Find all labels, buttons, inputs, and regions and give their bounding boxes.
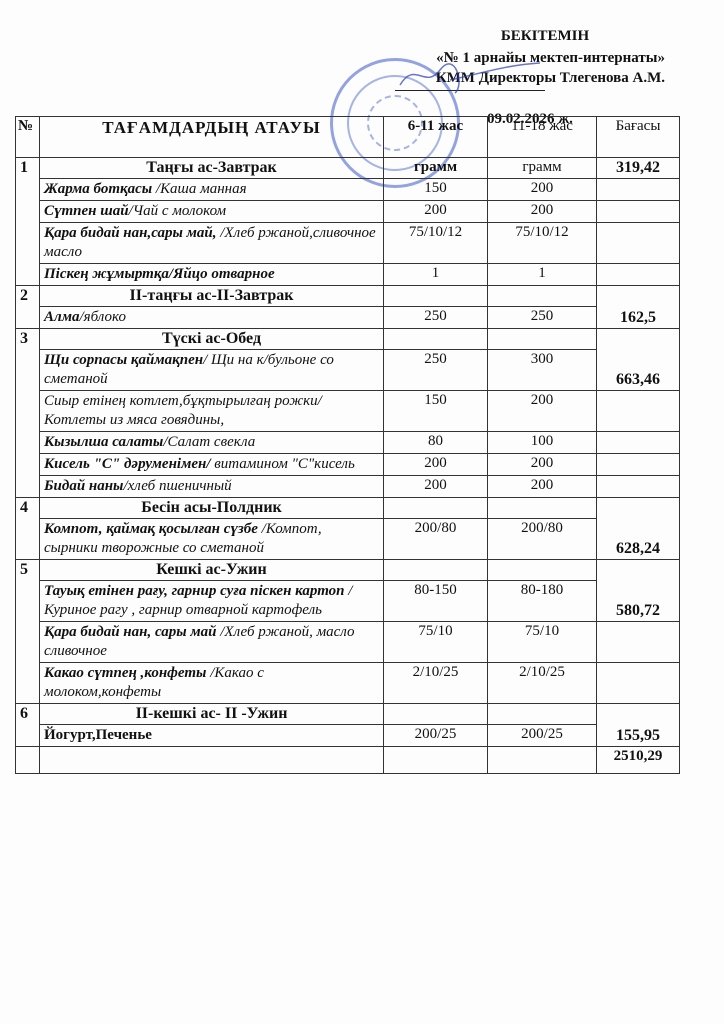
menu-table: № ТАҒАМДАРДЫҢ АТАУЫ 6-11 жас 11-18 жас Б…: [15, 116, 680, 774]
menu-item-row: Қара бидай нан,сары май, /Хлеб ржаной,сл…: [16, 223, 680, 264]
empty-cell: [488, 704, 597, 725]
empty-cell: [597, 663, 680, 704]
portion-6-11: 200/25: [384, 725, 488, 747]
section-title: Кешкі ас-Ужин: [40, 560, 384, 581]
portion-6-11: 200: [384, 201, 488, 223]
dish-name: Компот, қаймақ қосылған сүзбе /Компот, с…: [40, 519, 384, 560]
empty-cell: [597, 201, 680, 223]
empty-cell: [40, 747, 384, 774]
header-name: ТАҒАМДАРДЫҢ АТАУЫ: [40, 117, 384, 158]
portion-6-11: 75/10/12: [384, 223, 488, 264]
dish-name-kz: Щи сорпасы қаймақпен: [44, 352, 203, 368]
portion-6-11: 250: [384, 350, 488, 391]
empty-cell: [597, 622, 680, 663]
dish-name-kz: Кисель "С" дәруменімен/: [44, 456, 211, 472]
dish-name: Қара бидай нан, сары май /Хлеб ржаной, м…: [40, 622, 384, 663]
empty-cell: [384, 747, 488, 774]
portion-6-11: 200: [384, 454, 488, 476]
header-price: Бағасы: [597, 117, 680, 158]
dish-name: Какао сүтпең ,конфеты /Какао с молоком,к…: [40, 663, 384, 704]
portion-11-18: 300: [488, 350, 597, 391]
section-title: Түскі ас-Обед: [40, 329, 384, 350]
section-row: 5Кешкі ас-Ужин580,72: [16, 560, 680, 581]
menu-item-row: Қара бидай нан, сары май /Хлеб ржаной, м…: [16, 622, 680, 663]
menu-item-row: Тауық етінен рағу, гарнир суға піскен ка…: [16, 581, 680, 622]
menu-item-row: Кисель "С" дәруменімен/ витамином "С"кис…: [16, 454, 680, 476]
section-price: 580,72: [597, 560, 680, 622]
dish-name-kz: Піскең жұмыртқа/Яйцо отварное: [44, 266, 275, 282]
section-title: Бесін асы-Полдник: [40, 498, 384, 519]
empty-cell: [384, 286, 488, 307]
portion-6-11: 150: [384, 179, 488, 201]
dish-name-ru: /хлеб пшеничный: [123, 478, 231, 494]
section-price: 162,5: [597, 286, 680, 329]
header-row: № ТАҒАМДАРДЫҢ АТАУЫ 6-11 жас 11-18 жас Б…: [16, 117, 680, 158]
total-row: 2510,29: [16, 747, 680, 774]
dish-name-kz: Қара бидай нан, сары май: [44, 624, 217, 640]
section-price: 155,95: [597, 704, 680, 747]
portion-11-18: 1: [488, 264, 597, 286]
empty-cell: [488, 498, 597, 519]
dish-name-kz: Йогурт,Печенье: [44, 727, 152, 743]
approval-institution: «№ 1 арнайы мектеп-интернаты»: [330, 48, 720, 68]
portion-6-11: 200: [384, 476, 488, 498]
dish-name-kz: Какао сүтпең ,конфеты: [44, 665, 206, 681]
dish-name-kz: Бидай наны: [44, 478, 123, 494]
menu-item-row: Сүтпен шай/Чай с молоком200200: [16, 201, 680, 223]
empty-cell: [597, 432, 680, 454]
section-row: 1Таңғы ас-Завтракграммграмм319,42: [16, 158, 680, 179]
section-row: 6ІІ-кешкі ас- ІІ -Ужин155,95: [16, 704, 680, 725]
dish-name-ru: /яблоко: [79, 309, 125, 325]
empty-cell: [384, 329, 488, 350]
dish-name-ru: /Салат свекла: [163, 434, 255, 450]
menu-item-row: Щи сорпасы қаймақпен/ Щи на к/бульоне со…: [16, 350, 680, 391]
dish-name-kz: Алма: [44, 309, 79, 325]
section-number: 5: [16, 560, 40, 704]
portion-11-18: 200/25: [488, 725, 597, 747]
dish-name: Кисель "С" дәруменімен/ витамином "С"кис…: [40, 454, 384, 476]
header-age-6-11: 6-11 жас: [384, 117, 488, 158]
section-price: 319,42: [597, 158, 680, 179]
section-number: 1: [16, 158, 40, 286]
portion-6-11: 150: [384, 391, 488, 432]
menu-item-row: Компот, қаймақ қосылған сүзбе /Компот, с…: [16, 519, 680, 560]
section-title: Таңғы ас-Завтрак: [40, 158, 384, 179]
portion-6-11: 200/80: [384, 519, 488, 560]
section-row: 3Түскі ас-Обед663,46: [16, 329, 680, 350]
portion-11-18: 75/10/12: [488, 223, 597, 264]
section-number: 2: [16, 286, 40, 329]
portion-6-11: 80-150: [384, 581, 488, 622]
empty-cell: [597, 454, 680, 476]
dish-name: Бидай наны/хлеб пшеничный: [40, 476, 384, 498]
empty-cell: [488, 329, 597, 350]
signature-line: [395, 90, 545, 91]
dish-name-kz: Компот, қаймақ қосылған сүзбе: [44, 521, 258, 537]
portion-6-11: 80: [384, 432, 488, 454]
portion-6-11: 75/10: [384, 622, 488, 663]
menu-item-row: Какао сүтпең ,конфеты /Какао с молоком,к…: [16, 663, 680, 704]
dish-name: Піскең жұмыртқа/Яйцо отварное: [40, 264, 384, 286]
menu-item-row: Сиыр етінең котлет,бұқтырылғаң рожки/Кот…: [16, 391, 680, 432]
empty-cell: [597, 223, 680, 264]
portion-11-18: 200: [488, 391, 597, 432]
unit-age-6-11: грамм: [384, 158, 488, 179]
unit-age-11-18: грамм: [488, 158, 597, 179]
menu-item-row: Бидай наны/хлеб пшеничный200200: [16, 476, 680, 498]
section-title: ІІ-таңғы ас-ІІ-Завтрак: [40, 286, 384, 307]
dish-name-kz: Тауық етінен рағу, гарнир суға піскен ка…: [44, 583, 345, 599]
empty-cell: [597, 264, 680, 286]
section-price: 663,46: [597, 329, 680, 391]
dish-name: Сиыр етінең котлет,бұқтырылғаң рожки/Кот…: [40, 391, 384, 432]
dish-name-kz: Сүтпен шай: [44, 203, 129, 219]
empty-cell: [488, 286, 597, 307]
portion-6-11: 250: [384, 307, 488, 329]
header-age-11-18: 11-18 жас: [488, 117, 597, 158]
dish-name: Сүтпен шай/Чай с молоком: [40, 201, 384, 223]
portion-11-18: 100: [488, 432, 597, 454]
dish-name-ru: Сиыр етінең котлет,бұқтырылғаң рожки/Кот…: [44, 393, 322, 428]
portion-11-18: 200: [488, 476, 597, 498]
empty-cell: [384, 498, 488, 519]
header-num: №: [16, 117, 40, 158]
approval-director: КММ Директоры Тлегенова А.М.: [330, 68, 720, 88]
dish-name: Қара бидай нан,сары май, /Хлеб ржаной,сл…: [40, 223, 384, 264]
portion-11-18: 75/10: [488, 622, 597, 663]
portion-6-11: 1: [384, 264, 488, 286]
menu-item-row: Жарма ботқасы /Каша манная150200: [16, 179, 680, 201]
empty-cell: [384, 560, 488, 581]
section-number: 3: [16, 329, 40, 498]
dish-name: Кызылша салаты/Салат свекла: [40, 432, 384, 454]
empty-cell: [16, 747, 40, 774]
section-row: 2ІІ-таңғы ас-ІІ-Завтрак162,5: [16, 286, 680, 307]
empty-cell: [488, 560, 597, 581]
empty-cell: [488, 747, 597, 774]
dish-name-kz: Кызылша салаты: [44, 434, 163, 450]
dish-name-ru: /Чай с молоком: [129, 203, 227, 219]
dish-name: Тауық етінен рағу, гарнир суға піскен ка…: [40, 581, 384, 622]
portion-11-18: 200: [488, 179, 597, 201]
dish-name: Йогурт,Печенье: [40, 725, 384, 747]
portion-11-18: 200: [488, 454, 597, 476]
dish-name: Жарма ботқасы /Каша манная: [40, 179, 384, 201]
dish-name-ru: /Каша манная: [152, 181, 246, 197]
portion-11-18: 250: [488, 307, 597, 329]
portion-6-11: 2/10/25: [384, 663, 488, 704]
section-row: 4Бесін асы-Полдник628,24: [16, 498, 680, 519]
portion-11-18: 200/80: [488, 519, 597, 560]
menu-item-row: Йогурт,Печенье200/25200/25: [16, 725, 680, 747]
empty-cell: [384, 704, 488, 725]
empty-cell: [597, 391, 680, 432]
empty-cell: [597, 179, 680, 201]
dish-name-kz: Жарма ботқасы: [44, 181, 152, 197]
menu-item-row: Кызылша салаты/Салат свекла80100: [16, 432, 680, 454]
total-price: 2510,29: [597, 747, 680, 774]
portion-11-18: 200: [488, 201, 597, 223]
section-number: 4: [16, 498, 40, 560]
dish-name-ru: витамином "С"кисель: [211, 456, 355, 472]
section-price: 628,24: [597, 498, 680, 560]
approval-title: БЕКІТЕМІН: [330, 26, 720, 46]
dish-name-kz: Қара бидай нан,сары май,: [44, 225, 217, 241]
dish-name: Щи сорпасы қаймақпен/ Щи на к/бульоне со…: [40, 350, 384, 391]
portion-11-18: 2/10/25: [488, 663, 597, 704]
section-title: ІІ-кешкі ас- ІІ -Ужин: [40, 704, 384, 725]
empty-cell: [597, 476, 680, 498]
menu-item-row: Алма/яблоко250250: [16, 307, 680, 329]
dish-name: Алма/яблоко: [40, 307, 384, 329]
section-number: 6: [16, 704, 40, 747]
menu-item-row: Піскең жұмыртқа/Яйцо отварное11: [16, 264, 680, 286]
portion-11-18: 80-180: [488, 581, 597, 622]
